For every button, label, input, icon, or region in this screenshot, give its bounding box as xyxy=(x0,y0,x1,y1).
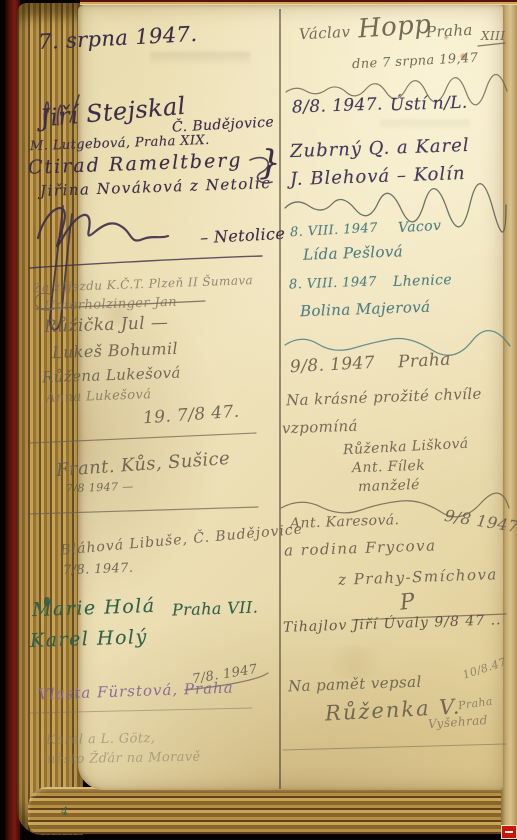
initial-flourish: P xyxy=(399,591,416,614)
header-first-name: Václav xyxy=(299,25,351,43)
entry-name: Bolina Majerová xyxy=(300,300,431,320)
member-name: Lukeš Bohumil xyxy=(52,341,178,361)
page-stack-bottom-edge xyxy=(28,787,517,834)
red-marker-dash xyxy=(505,831,513,833)
signature-place: – Netolice xyxy=(200,226,286,246)
red-corner-marker xyxy=(501,825,517,839)
entry-place: Praha xyxy=(398,352,452,372)
entry-name-faint: Karel a L. Götz, xyxy=(46,732,155,747)
header-place: Praha xyxy=(426,23,474,40)
header-place-numeral: XIII xyxy=(481,30,505,42)
entry-date: 7/8 1947 — xyxy=(66,481,134,494)
entry-place: Ústí n/L. xyxy=(390,95,468,115)
page-right-edge xyxy=(501,3,517,833)
member-name: Růžička Jul — xyxy=(44,315,169,336)
entry-place: Vacov xyxy=(398,219,442,235)
column-divider-line xyxy=(279,9,281,789)
scanned-guestbook-spread: 7. srpna 1947. Jiří Stejskal Č. Budějovi… xyxy=(0,0,517,840)
entry-note: manželé xyxy=(358,478,420,494)
entry-place: Praha VII. xyxy=(172,600,259,619)
entry-name: Ant. Fílek xyxy=(352,459,426,476)
entry-name: Marie Holá xyxy=(32,597,156,620)
entry-date: 9/8. 1947 xyxy=(290,355,376,376)
header-surname: Hopp xyxy=(357,11,432,42)
entry-name: Ant. Karesová. xyxy=(290,513,400,531)
entry-name: Lída Pešlová xyxy=(303,244,404,262)
entry-date: 7/8. 1947. xyxy=(63,562,134,577)
entry-place: Lhenice xyxy=(393,273,452,289)
page-number-mark: 4 xyxy=(61,806,68,817)
entry-place-faint: město Žďár na Moravě xyxy=(43,751,201,767)
member-name: Anna Lukešová xyxy=(46,388,152,405)
entry-note: vzpomíná xyxy=(282,419,358,437)
entry-date: 8. VIII. 1947 xyxy=(289,275,377,291)
entry-name: Karel Holý xyxy=(30,628,148,651)
entry-date: 8/8. 1947. xyxy=(292,96,383,116)
